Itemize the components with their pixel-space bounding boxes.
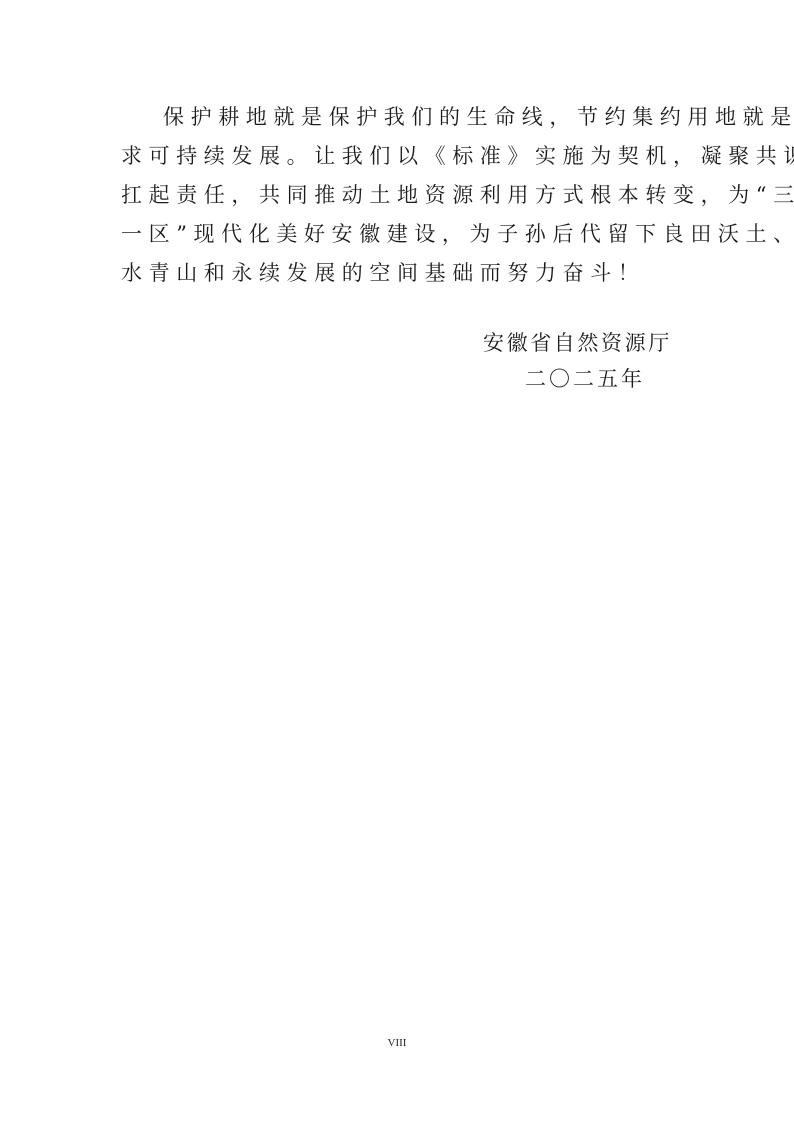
- signature-block: 安徽省自然资源厅 二〇二五年: [483, 328, 703, 394]
- document-page: 保护耕地就是保护我们的生命线，节约集约用地就是谋 求可持续发展。让我们以《标准》…: [0, 0, 794, 1122]
- paragraph-line-5: 水青山和永续发展的空间基础而努力奋斗！: [121, 257, 677, 296]
- signature-organization: 安徽省自然资源厅: [483, 328, 703, 364]
- page-number: VIII: [0, 1037, 794, 1049]
- signature-date: 二〇二五年: [483, 364, 703, 394]
- paragraph-line-1: 保护耕地就是保护我们的生命线，节约集约用地就是谋: [121, 101, 677, 140]
- paragraph-line-3: 扛起责任，共同推动土地资源利用方式根本转变，为“三地: [121, 179, 677, 218]
- closing-paragraph: 保护耕地就是保护我们的生命线，节约集约用地就是谋 求可持续发展。让我们以《标准》…: [121, 101, 677, 296]
- paragraph-line-2: 求可持续发展。让我们以《标准》实施为契机，凝聚共识、: [121, 140, 677, 179]
- paragraph-line-4: 一区”现代化美好安徽建设，为子孙后代留下良田沃土、绿: [121, 218, 677, 257]
